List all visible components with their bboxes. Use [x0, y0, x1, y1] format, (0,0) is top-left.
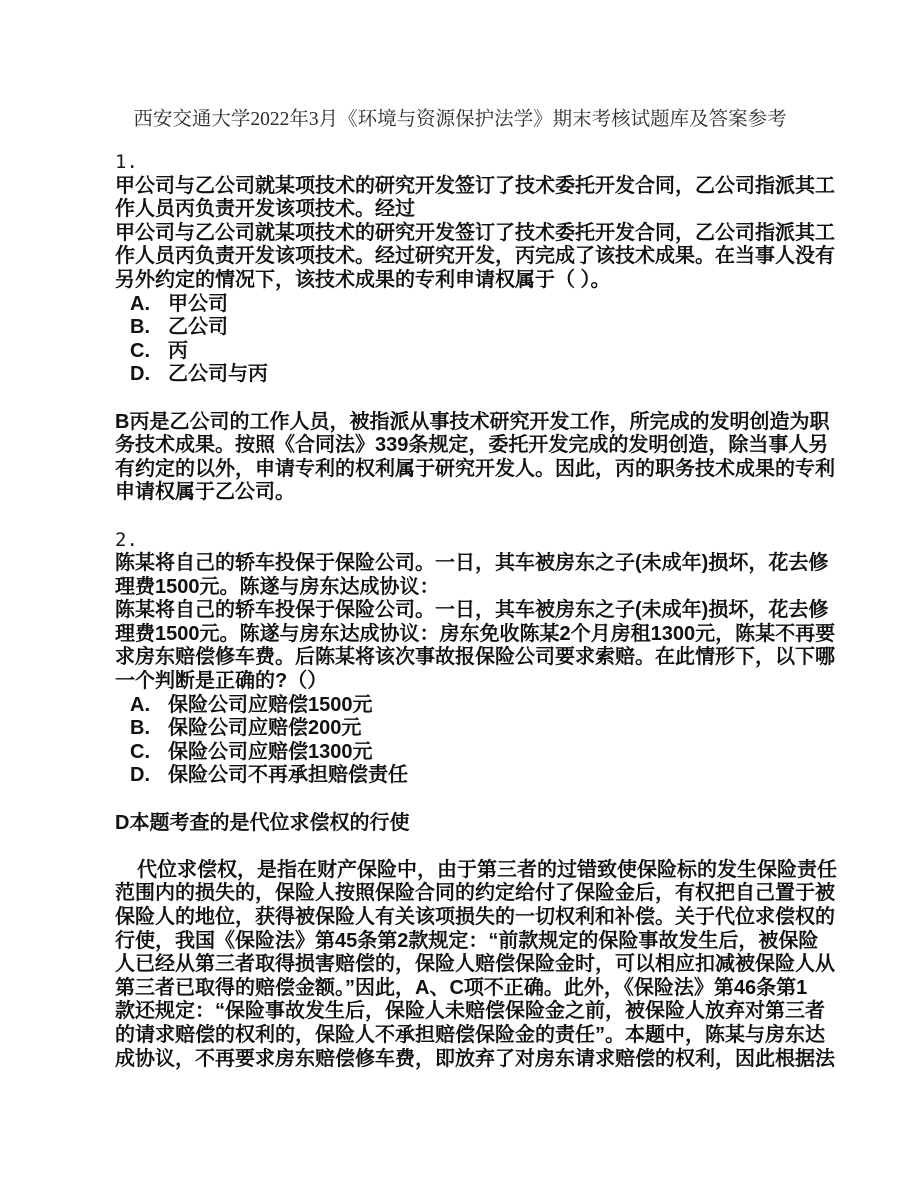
option-row: C.保险公司应赔偿1300元: [115, 741, 847, 765]
option-row: D.保险公司不再承担赔偿责任: [115, 764, 847, 788]
stem-line: 求房东赔偿修车费。后陈某将该次事故报保险公司要求索赔。在此情形下，以下哪: [115, 646, 847, 670]
option-row: C.丙: [115, 340, 847, 364]
option-label: B.: [130, 316, 168, 340]
option-label: A.: [130, 293, 168, 317]
stem-preview-line: 甲公司与乙公司就某项技术的研究开发签订了技术委托开发合同，乙公司指派其工: [115, 175, 847, 199]
answer-block: B丙是乙公司的工作人员，被指派从事技术研究开发工作，所完成的发明创造为职 务技术…: [115, 411, 847, 505]
stem-line: 理费1500元。陈遂与房东达成协议：房东免收陈某2个月房租1300元，陈某不再要: [115, 623, 847, 647]
option-label: D.: [130, 363, 168, 387]
option-text: 保险公司应赔偿1500元: [168, 694, 373, 716]
answer-line: 申请权属于乙公司。: [115, 481, 847, 505]
question-number: 2.: [115, 529, 847, 553]
document-title: 西安交通大学2022年3月《环境与资源保护法学》期末考核试题库及答案参考: [0, 0, 920, 131]
option-label: B.: [130, 717, 168, 741]
option-row: A.甲公司: [115, 293, 847, 317]
explanation-line: 保险人的地位，获得被保险人有关该项损失的一切权利和补偿。关于代位求偿权的: [115, 906, 847, 930]
option-label: C.: [130, 340, 168, 364]
stem-line: 甲公司与乙公司就某项技术的研究开发签订了技术委托开发合同，乙公司指派其工: [115, 222, 847, 246]
stem-preview-line: 陈某将自己的轿车投保于保险公司。一日，其车被房东之子(未成年)损坏，花去修: [115, 552, 847, 576]
explanation-line: 行使，我国《保险法》第45条第2款规定：“前款规定的保险事故发生后，被保险: [115, 930, 847, 954]
question-1-section: 1. 甲公司与乙公司就某项技术的研究开发签订了技术委托开发合同，乙公司指派其工 …: [115, 151, 847, 505]
explanation-line: 成协议，不再要求房东赔偿修车费，即放弃了对房东请求赔偿的权利，因此根据法: [115, 1048, 847, 1072]
stem-line: 一个判断是正确的?（）: [115, 670, 847, 694]
explanation-line: 范围内的损失的，保险人按照保险合同的约定给付了保险金后，有权把自己置于被: [115, 882, 847, 906]
answer-line: 有约定的以外，申请专利的权利属于研究开发人。因此，丙的职务技术成果的专利: [115, 458, 847, 482]
option-label: A.: [130, 694, 168, 718]
explanation-line: 第三者已取得的赔偿金额。”因此，A、C项不正确。此外，《保险法》第46条第1: [115, 977, 847, 1001]
option-text: 保险公司应赔偿200元: [168, 717, 361, 739]
document-content: 1. 甲公司与乙公司就某项技术的研究开发签订了技术委托开发合同，乙公司指派其工 …: [115, 151, 847, 1071]
option-text: 保险公司应赔偿1300元: [168, 741, 373, 763]
stem-line: 陈某将自己的轿车投保于保险公司。一日，其车被房东之子(未成年)损坏，花去修: [115, 599, 847, 623]
option-text: 丙: [168, 340, 188, 362]
stem-line: 作人员丙负责开发该项技术。经过研究开发，丙完成了该技术成果。在当事人没有: [115, 245, 847, 269]
option-text: 乙公司: [168, 316, 228, 338]
option-text: 乙公司与丙: [168, 363, 268, 385]
explanation-line: 代位求偿权，是指在财产保险中，由于第三者的过错致使保险标的发生保险责任: [115, 859, 847, 883]
option-row: B.保险公司应赔偿200元: [115, 717, 847, 741]
stem-preview-line: 理费1500元。陈遂与房东达成协议：: [115, 576, 847, 600]
option-text: 保险公司不再承担赔偿责任: [168, 764, 408, 786]
explanation-line: 的请求赔偿的权利的，保险人不承担赔偿保险金的责任”。本题中，陈某与房东达: [115, 1024, 847, 1048]
option-label: D.: [130, 764, 168, 788]
stem-line: 另外约定的情况下，该技术成果的专利申请权属于（ ）。: [115, 269, 847, 293]
option-row: A.保险公司应赔偿1500元: [115, 694, 847, 718]
stem-preview-line: 作人员丙负责开发该项技术。经过: [115, 198, 847, 222]
explanation-line: 款还规定：“保险事故发生后，保险人未赔偿保险金之前，被保险人放弃对第三者: [115, 1000, 847, 1024]
answer-line: 务技术成果。按照《合同法》339条规定，委托开发完成的发明创造，除当事人另: [115, 434, 847, 458]
answer-heading: D本题考查的是代位求偿权的行使: [115, 812, 847, 836]
option-text: 甲公司: [168, 293, 228, 315]
question-number: 1.: [115, 151, 847, 175]
option-label: C.: [130, 741, 168, 765]
explanation-line: 人已经从第三者取得损害赔偿的，保险人赔偿保险金时，可以相应扣减被保险人从: [115, 953, 847, 977]
question-2-section: 2. 陈某将自己的轿车投保于保险公司。一日，其车被房东之子(未成年)损坏，花去修…: [115, 529, 847, 1072]
explanation-block: 代位求偿权，是指在财产保险中，由于第三者的过错致使保险标的发生保险责任 范围内的…: [115, 859, 847, 1071]
option-row: D.乙公司与丙: [115, 363, 847, 387]
option-row: B.乙公司: [115, 316, 847, 340]
answer-line: B丙是乙公司的工作人员，被指派从事技术研究开发工作，所完成的发明创造为职: [115, 411, 847, 435]
document-page: 西安交通大学2022年3月《环境与资源保护法学》期末考核试题库及答案参考 1. …: [0, 0, 920, 1191]
